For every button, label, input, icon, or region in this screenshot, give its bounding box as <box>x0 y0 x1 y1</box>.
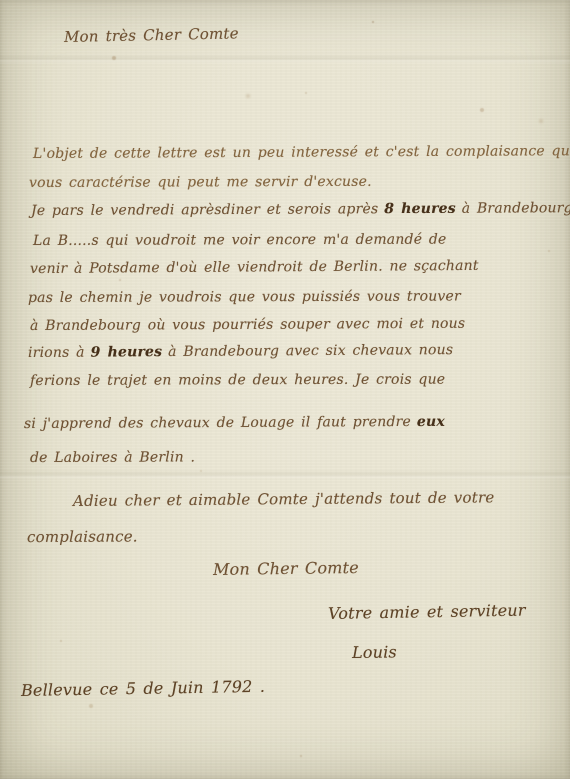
letter-line: La B.....s qui voudroit me voir encore m… <box>33 232 447 249</box>
salutation: Mon très Cher Comte <box>64 24 239 46</box>
corrected-word: 8 heures <box>384 201 456 217</box>
letter-line-text: Je pars le vendredi aprèsdiner et serois… <box>31 201 378 219</box>
letter-line: L'objet de cette lettre est un peu inter… <box>33 143 570 162</box>
corrected-word: 9 heures <box>91 344 163 360</box>
letter-line: à Brandebourg où vous pourriés souper av… <box>30 316 465 334</box>
letter-line-text: à Brandebourg avec six chevaux nous <box>168 342 453 360</box>
letter-line: irions à9 heuresà Brandebourg avec six c… <box>28 342 453 361</box>
letter-line: vous caractérise qui peut me servir d'ex… <box>29 174 372 191</box>
letter-line-text: irions à <box>28 345 85 361</box>
letter-line: si j'apprend des chevaux de Louage il fa… <box>24 414 445 432</box>
letter-line: Je pars le vendredi aprèsdiner et serois… <box>31 200 570 219</box>
paper-fold-line <box>0 470 570 480</box>
paper-fold-line <box>0 54 570 64</box>
letter-line: venir à Potsdame d'où elle viendroit de … <box>30 258 479 277</box>
signature-name: Louis <box>352 642 397 662</box>
letter-line: pas le chemin je voudrois que vous puiss… <box>28 288 461 306</box>
dateline: Bellevue ce 5 de Juin 1792 . <box>21 677 265 700</box>
letter-paper: Mon très Cher Comte L'objet de cette let… <box>0 0 570 779</box>
valediction: Mon Cher Comte <box>213 558 359 579</box>
closing-line: complaisance. <box>27 527 138 546</box>
letter-line: ferions le trajet en moins de deux heure… <box>30 372 445 389</box>
letter-line-text: si j'apprend des chevaux de Louage il fa… <box>24 414 411 432</box>
foxing-spots <box>0 0 2 2</box>
letter-line: de Laboires à Berlin . <box>30 449 195 466</box>
letter-line-text: à Brandebourg <box>462 200 570 217</box>
paper-texture <box>0 0 570 779</box>
closing-line: Adieu cher et aimable Comte j'attends to… <box>73 488 495 510</box>
emphasized-word: eux <box>417 414 445 430</box>
signature-role: Votre amie et serviteur <box>328 601 526 623</box>
